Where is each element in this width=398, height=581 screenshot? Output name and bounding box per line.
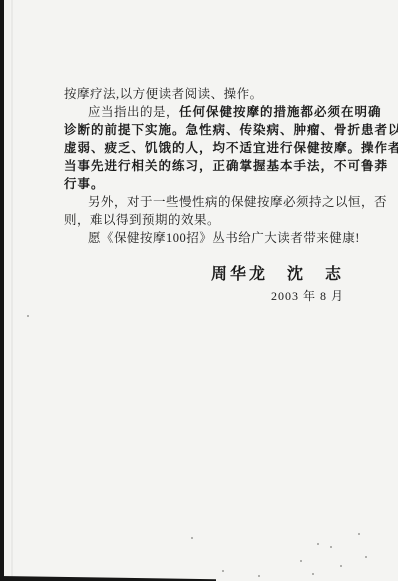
body-line-6-emphasis: 行事。 [64,177,105,191]
body-line-1-text: 按摩疗法,以方便读者阅读、操作。 [64,87,263,101]
scan-speck [222,570,224,572]
body-line-2: 应当指出的是，任何保健按摩的措施都必须在明确 [64,103,382,121]
body-line-5: 当事先进行相关的练习，正确掌握基本手法，不可鲁莽 [64,157,382,175]
body-line-5-emphasis: 当事先进行相关的练习，正确掌握基本手法，不可鲁莽 [64,159,388,173]
body-line-2-regular: 应当指出的是， [88,105,179,119]
author-signature: 周华龙 沈 志 [211,261,344,284]
body-line-3-emphasis: 诊断的前提下实施。急性病、传染病、肿瘤、骨折患者以及 [64,123,398,137]
body-line-4: 虚弱、疲乏、饥饿的人，均不适宜进行保健按摩。操作者应 [64,139,382,157]
body-line-8-text: 则，难以得到预期的效果。 [64,213,220,227]
body-text-block: 按摩疗法,以方便读者阅读、操作。 应当指出的是，任何保健按摩的措施都必须在明确 … [64,85,382,247]
body-line-6: 行事。 [64,175,382,193]
body-line-2-emphasis: 任何保健按摩的措施都必须在明确 [179,105,382,119]
scanned-book-page: 按摩疗法,以方便读者阅读、操作。 应当指出的是，任何保健按摩的措施都必须在明确 … [0,0,398,581]
page-fold-line [11,0,13,581]
body-line-4-emphasis: 虚弱、疲乏、饥饿的人，均不适宜进行保健按摩。操作者应 [64,141,398,155]
scan-edge-left-bar [0,0,4,581]
body-line-1: 按摩疗法,以方便读者阅读、操作。 [64,85,382,103]
scan-speck [317,543,319,545]
body-line-8: 则，难以得到预期的效果。 [64,211,382,229]
body-line-9-text: 愿《保健按摩100招》丛书给广大读者带来健康! [88,231,360,245]
body-line-9: 愿《保健按摩100招》丛书给广大读者带来健康! [64,229,382,247]
scan-speck [358,533,360,535]
scan-edge-bottom-bar [0,576,216,581]
scan-speck [330,546,332,548]
scan-speck [258,575,260,577]
body-line-3: 诊断的前提下实施。急性病、传染病、肿瘤、骨折患者以及 [64,121,382,139]
scan-speck [312,573,314,575]
scan-speck [340,565,342,567]
scan-speck [365,556,367,558]
publication-date: 2003 年 8 月 [271,287,344,304]
scan-speck [191,537,193,539]
body-line-7: 另外，对于一些慢性病的保健按摩必须持之以恒，否 [64,193,382,211]
body-line-7-text: 另外，对于一些慢性病的保健按摩必须持之以恒，否 [88,195,387,209]
scan-speck [27,315,29,317]
scan-speck [300,560,302,562]
